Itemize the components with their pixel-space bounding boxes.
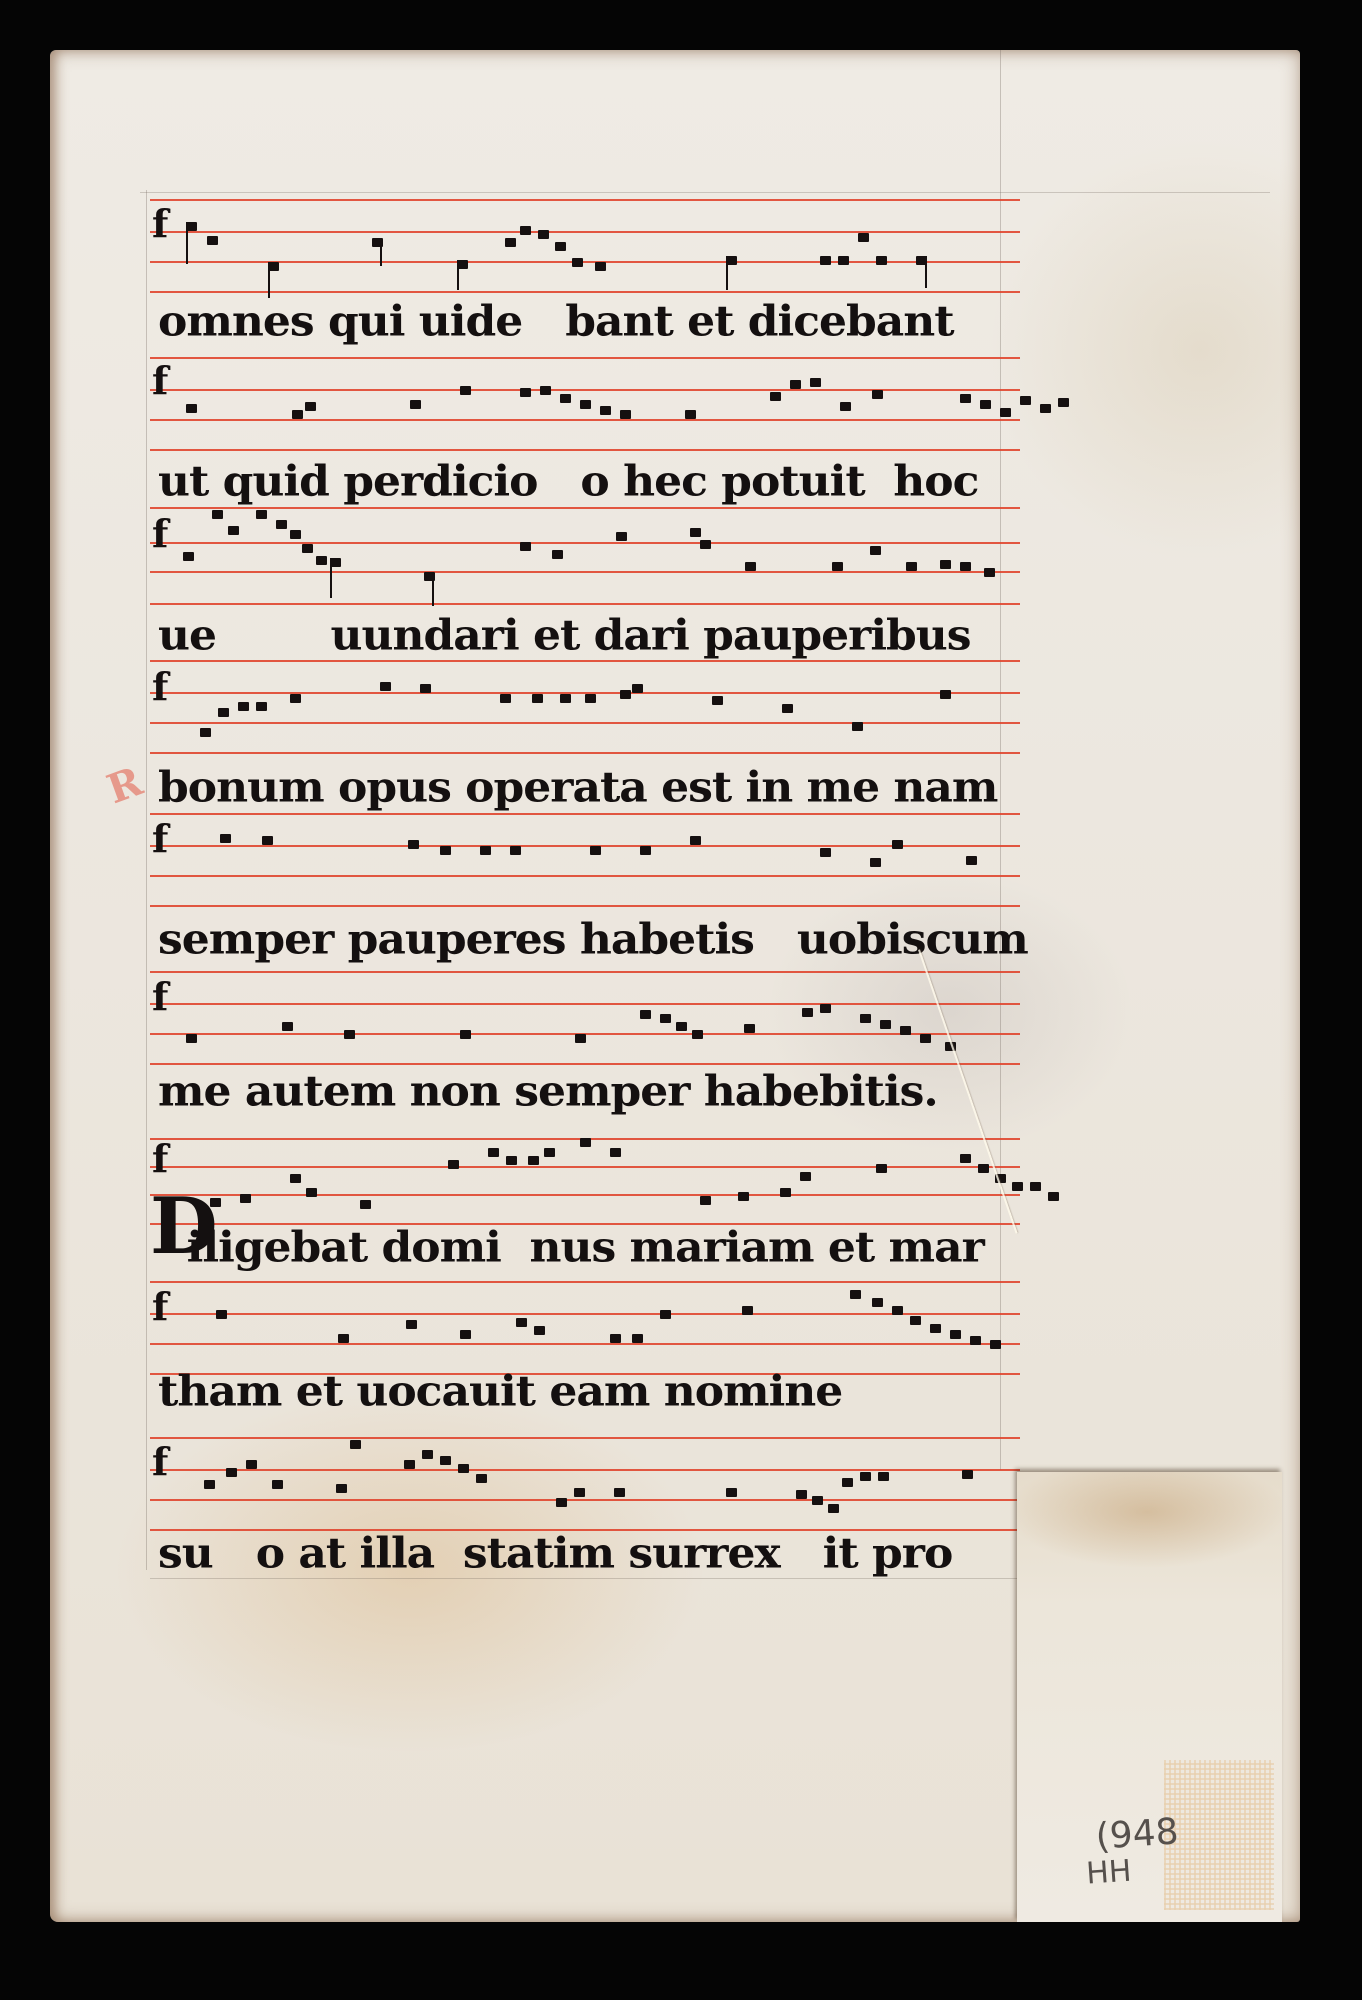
lyric-line-7: iligebat domi nus mariam et mar (158, 1220, 1038, 1277)
pencil-annotation: (948 HH (1095, 1814, 1183, 1892)
f-clef-icon: f (152, 978, 168, 1016)
f-clef-icon: f (152, 205, 168, 243)
lyric-line-3: ue uundari et dari pauperibus (158, 608, 1038, 665)
f-clef-icon: f (152, 1443, 168, 1481)
lyric-line-9: su o at illa statim surrex it pro (158, 1526, 1038, 1583)
lyric-line-4: bonum opus operata est in me nam (158, 760, 1038, 817)
lyric-line-1: omnes qui uide bant et dicebant (158, 294, 1038, 351)
lyric-line-2: ut quid perdicio o hec potuit hoc (158, 454, 1038, 511)
lyric-line-6: me autem non semper habebitis. (158, 1064, 1038, 1121)
repair-patch: (948 HH (1017, 1472, 1282, 1922)
f-clef-icon: f (152, 1288, 168, 1326)
staff-5 (150, 813, 1020, 909)
lyric-line-5: semper pauperes habetis uobiscum (158, 912, 1038, 969)
staff-1 (150, 199, 1020, 295)
ruling-line-left (146, 190, 147, 1570)
staff-6 (150, 971, 1020, 1067)
gauze-mesh (1164, 1760, 1274, 1910)
f-clef-icon: f (152, 820, 168, 858)
f-clef-icon: f (152, 362, 168, 400)
pencil-annotation-initials: HH (1085, 1850, 1182, 1893)
f-clef-icon: f (152, 668, 168, 706)
pencil-annotation-number: (948 (1094, 1811, 1179, 1858)
staff-4 (150, 660, 1020, 756)
lyric-line-8: tham et uocauit eam nomine (158, 1364, 1038, 1421)
ruling-line-top (140, 192, 1270, 193)
f-clef-icon: f (152, 1140, 168, 1178)
f-clef-icon: f (152, 515, 168, 553)
